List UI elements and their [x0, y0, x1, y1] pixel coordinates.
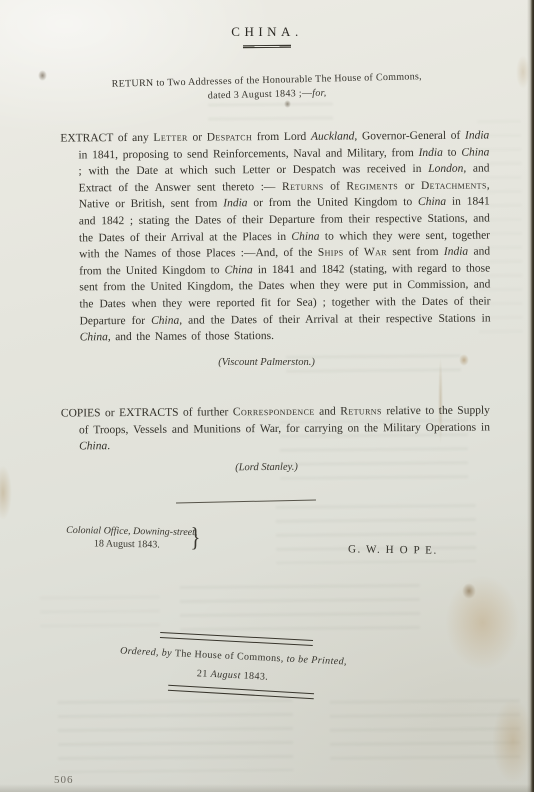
colonial-office-block: Colonial Office, Downing-street, 18 Augu… [66, 525, 198, 552]
return-heading: RETURN to Two Addresses of the Honourabl… [77, 69, 458, 106]
page-edge-shadow-bottom [0, 784, 534, 792]
copies-paragraph: COPIES or EXTRACTS of further Correspond… [61, 403, 490, 456]
attribution-palmerston: (Viscount Palmerston.) [61, 357, 472, 368]
signature-hope: G. W. H O P E. [348, 543, 438, 556]
ghost-showthrough [208, 102, 333, 121]
stain-spot [38, 70, 47, 81]
ghost-showthrough [58, 699, 294, 773]
ghost-showthrough [40, 595, 160, 630]
title-rule [243, 45, 291, 48]
brace-glyph: } [190, 522, 200, 553]
colonial-office-line1: Colonial Office, Downing-street, [66, 525, 197, 540]
scanned-document-page: { "page": { "title": "CHINA.", "page_num… [0, 0, 534, 792]
extract-paragraph: EXTRACT of any Letter or Despatch from L… [60, 128, 490, 347]
ghost-showthrough [180, 584, 420, 638]
stain-blob [445, 575, 520, 670]
section-rule [176, 500, 316, 504]
page-title: CHINA. [0, 24, 534, 40]
page-edge-shadow-right [527, 0, 534, 792]
ordered-block: Ordered, by The House of Commons, to be … [107, 641, 359, 691]
stain-blob [0, 465, 12, 520]
stain-spot [462, 583, 476, 599]
colonial-office-line2: 18 August 1843. [66, 537, 197, 552]
